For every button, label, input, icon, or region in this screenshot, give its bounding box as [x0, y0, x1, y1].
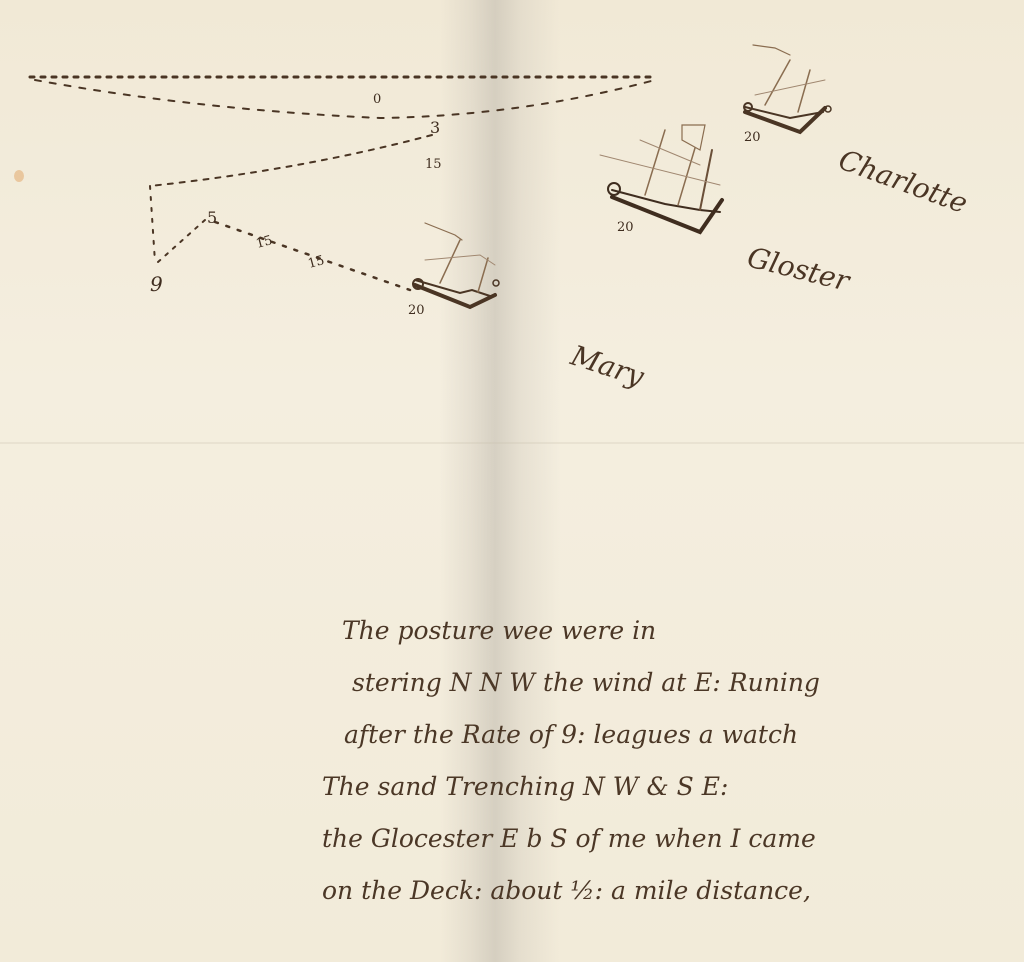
narrative-text: The posture wee were in stering N N W th…	[322, 605, 1002, 917]
narrative-line-4: The sand Trenching N W & S E:	[322, 761, 1002, 813]
narrative-line-1: The posture wee were in	[342, 605, 1002, 657]
ship-guns-gloster: 20	[617, 220, 634, 235]
narrative-line-5: the Glocester E b S of me when I came	[322, 813, 1002, 865]
narrative-line-6: on the Deck: about ½: a mile distance,	[322, 865, 1002, 917]
ship-guns-charlotte: 20	[744, 130, 761, 145]
track-line-up	[158, 220, 205, 262]
narrative-line-3: after the Rate of 9: leagues a watch	[344, 709, 1002, 761]
track-marker-15a: 15	[425, 157, 442, 172]
track-line-return	[35, 80, 655, 118]
ship-icon-charlotte	[744, 45, 831, 132]
manuscript-page: 0 3 15 5 15 15 9 20 20 20 Charlotte Glos…	[0, 0, 1024, 962]
track-marker-3: 3	[430, 118, 440, 137]
track-marker-9: 9	[150, 272, 163, 296]
track-line-middle	[150, 135, 432, 186]
narrative-line-2: stering N N W the wind at E: Runing	[352, 657, 1002, 709]
ship-guns-mary: 20	[408, 303, 425, 318]
ship-icon-gloster	[600, 125, 722, 232]
track-marker-5: 5	[207, 208, 217, 227]
ship-icon-mary	[413, 223, 499, 307]
track-line-corner	[150, 186, 155, 262]
track-marker-0: 0	[373, 92, 381, 107]
